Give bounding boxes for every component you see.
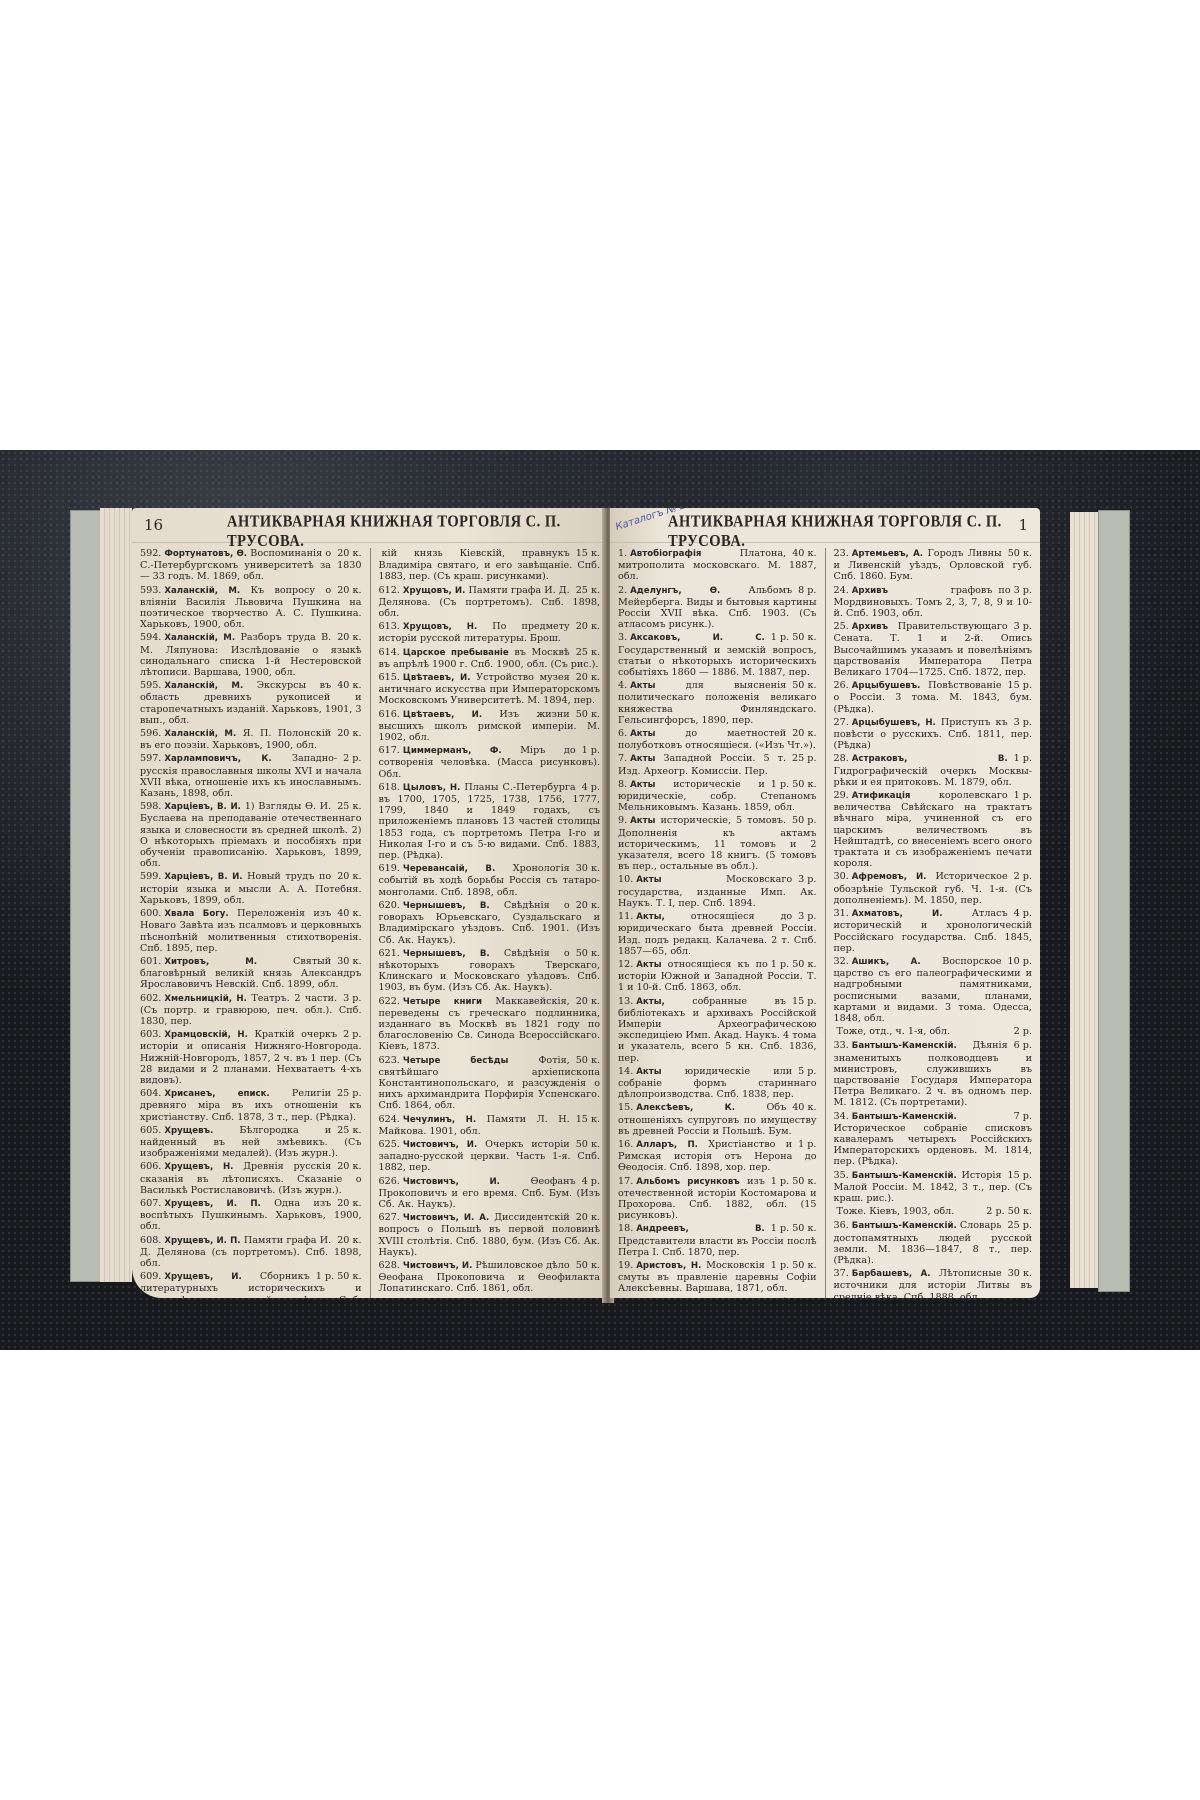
entry-author: Акты, bbox=[636, 912, 665, 922]
catalog-entry: 20 к.593.Халанскій, М. Къ вопросу о влія… bbox=[140, 585, 362, 631]
catalog-entry: 1 р.29.Атификація королевскаго величеств… bbox=[834, 790, 1033, 869]
entry-price: 3 р. bbox=[1014, 621, 1032, 632]
entry-price: 50 к. bbox=[576, 709, 600, 720]
catalog-entry: 1 р. 50 к.8.Акты историческіе и юридичес… bbox=[618, 779, 817, 814]
entry-number: 34. bbox=[834, 1111, 849, 1122]
entry-author: Барбашевъ, А. bbox=[852, 1269, 931, 1279]
entry-price: 2 р. bbox=[1014, 871, 1032, 882]
entry-number: 11. bbox=[618, 911, 633, 922]
entry-number: 618. bbox=[379, 782, 400, 793]
entry-text: кій князь Кіевскій, правнукъ Владиміра с… bbox=[379, 548, 601, 582]
entry-author: Хвала Богу. bbox=[164, 909, 228, 919]
entry-number: 617. bbox=[379, 745, 400, 756]
entry-price: 5 р. bbox=[798, 1066, 816, 1077]
entry-price: 50 к. bbox=[576, 1055, 600, 1066]
entry-number: 628. bbox=[379, 1260, 400, 1271]
entry-price: 20 к. bbox=[337, 1161, 361, 1172]
entry-author: Архивъ bbox=[852, 622, 888, 632]
entry-author: Чечулинъ, Н. bbox=[403, 1115, 476, 1125]
entry-number: 30. bbox=[834, 871, 849, 882]
entry-price: 1 р. 50 к. bbox=[771, 779, 817, 790]
entry-price: 20 к. bbox=[337, 1235, 361, 1246]
entry-author: Чистовичъ, И. bbox=[403, 1261, 472, 1271]
catalog-entry: 8 р.2.Аделунгъ, Ѳ. Альбомъ Мейерберга. В… bbox=[618, 585, 817, 631]
entry-price: 8 р. bbox=[798, 585, 816, 596]
entry-price: 2 р. bbox=[1014, 1026, 1032, 1037]
entry-author: Акты bbox=[630, 754, 655, 764]
entry-price: 20 к. bbox=[576, 900, 600, 911]
right-page-columns: 40 к.1.Автобіографія Платона, митрополит… bbox=[610, 548, 1040, 1298]
entry-author: Хрущевъ, И. П. bbox=[164, 1236, 240, 1246]
entry-price: 30 к. bbox=[337, 956, 361, 967]
catalog-entry: 3 р.27.Арцыбушевъ, Н. Приступъ къ повѣст… bbox=[834, 717, 1033, 752]
entry-author: Чернышевъ, В. bbox=[403, 949, 490, 959]
entry-price: 25 к. bbox=[337, 801, 361, 812]
entry-price: 1 р. 50 к. bbox=[771, 1223, 817, 1234]
entry-price: 15 р. bbox=[1008, 680, 1032, 691]
entry-number: 615. bbox=[379, 672, 400, 683]
entry-author: Хрущевъ, И. П. bbox=[164, 1199, 260, 1209]
entry-price: 1 р. bbox=[1014, 753, 1032, 764]
entry-author: Бантышъ-Каменскій. bbox=[852, 1221, 957, 1231]
entry-price: 20 к. bbox=[337, 548, 361, 559]
entry-price: 4 р. bbox=[582, 1176, 600, 1187]
catalog-entry: 20 к.608.Хрущевъ, И. П. Памяти графа И. … bbox=[140, 1235, 362, 1270]
page-number: 16 bbox=[144, 516, 163, 534]
entry-number: 596. bbox=[140, 728, 161, 739]
entry-number: 14. bbox=[618, 1066, 633, 1077]
entry-price: 20 к. bbox=[576, 996, 600, 1007]
entry-price: 3 р. bbox=[1014, 717, 1032, 728]
entry-number: 604. bbox=[140, 1088, 161, 1099]
entry-author: Харціевъ, В. И. bbox=[164, 802, 241, 812]
entry-number: 623. bbox=[379, 1055, 400, 1066]
entry-author: Бантышъ-Каменскій. bbox=[852, 1171, 957, 1181]
catalog-entry: 30 к.37.Барбашевъ, А. Лѣтописные источни… bbox=[834, 1268, 1033, 1298]
column: 40 к.1.Автобіографія Платона, митрополит… bbox=[610, 548, 825, 1298]
entry-number: 599. bbox=[140, 871, 161, 882]
catalog-entry: 1 р. 50 к.609.Хрущевъ, И. Сборникъ литер… bbox=[140, 1271, 362, 1298]
catalog-entry: 5 р.14.Акты юридическіе или собраніе фор… bbox=[618, 1066, 817, 1101]
entry-author: Акты bbox=[630, 729, 655, 739]
entry-author: Артемьевъ, А. bbox=[852, 549, 923, 559]
catalog-entry: 20 к.594.Халанскій, М. Разборъ труда В. … bbox=[140, 632, 362, 678]
catalog-entry: 1 р.16.Алларъ, П. Христіанство и Римская… bbox=[618, 1139, 817, 1174]
entry-author: Алексѣевъ, К. bbox=[636, 1103, 735, 1113]
entry-author: Бантышъ-Каменскій. bbox=[852, 1112, 957, 1122]
catalog-entry: 50 к.616.Цвѣтаевъ, И. Изъ жизни высшихъ … bbox=[379, 709, 601, 744]
entry-price: 20 к. bbox=[337, 632, 361, 643]
catalog-entry: 4 р.31.Ахматовъ, И. Атласъ историческій … bbox=[834, 908, 1033, 954]
entry-author: Акты bbox=[636, 875, 661, 885]
entry-author: Фортунатовъ, Ѳ. bbox=[164, 549, 247, 559]
entry-number: 619. bbox=[379, 863, 400, 874]
catalog-entry: 4 р.618.Цыловъ, Н. Планы С.-Петербурга в… bbox=[379, 782, 601, 861]
entry-author: Алларъ, П. bbox=[636, 1140, 698, 1150]
entry-price: 1 р. 50 к. bbox=[771, 1260, 817, 1271]
catalog-entry: 1 р.28.Астраковъ, В. Гидрографическій оч… bbox=[834, 753, 1033, 788]
entry-number: 4. bbox=[618, 680, 627, 691]
entry-number: 624. bbox=[379, 1114, 400, 1125]
entry-price: 40 к. bbox=[337, 908, 361, 919]
entry-price: 20 к. bbox=[337, 871, 361, 882]
entry-number: 614. bbox=[379, 647, 400, 658]
entry-price: 10 р. bbox=[1008, 956, 1032, 967]
entry-number: 592. bbox=[140, 548, 161, 559]
entry-text: Гидрографическій очеркъ Москвы-рѣки и ея… bbox=[834, 766, 1033, 788]
entry-number: 606. bbox=[140, 1161, 161, 1172]
entry-number: 13. bbox=[618, 996, 633, 1007]
catalog-entry: 50 к.621.Чернышевъ, В. Свѣдѣнія о нѣкото… bbox=[379, 948, 601, 994]
entry-author: Хрущевъ, И. bbox=[164, 1272, 241, 1282]
entry-price: 20 к. bbox=[337, 728, 361, 739]
left-page-header: 16 АНТИКВАРНАЯ КНИЖНАЯ ТОРГОВЛЯ С. П. ТР… bbox=[132, 508, 608, 543]
entry-author: Харламповичъ, К. bbox=[164, 754, 271, 764]
catalog-entry: 7 р.34.Бантышъ-Каменскій. Историческое с… bbox=[834, 1111, 1033, 1168]
entry-author: Андреевъ, В. bbox=[636, 1224, 765, 1234]
catalog-entry: 20 к.599.Харціевъ, В. И. Новый трудъ по … bbox=[140, 871, 362, 906]
entry-number: 31. bbox=[834, 908, 849, 919]
entry-text: Историческое собраніе списковъ кавалерам… bbox=[834, 1123, 1033, 1168]
entry-price: 2 р. bbox=[343, 753, 361, 764]
entry-number: 26. bbox=[834, 680, 849, 691]
entry-price: 3 р. bbox=[798, 874, 816, 885]
catalog-entry: 4 р.626.Чистовичъ, И. Ѳеофанъ Прокопович… bbox=[379, 1176, 601, 1211]
entry-author: Чистовичъ, И. bbox=[403, 1140, 477, 1150]
entry-author: Ахматовъ, И. bbox=[852, 909, 943, 919]
entry-author: Аксаковъ, И. С. bbox=[630, 633, 765, 643]
entry-price: 50 к. bbox=[576, 1139, 600, 1150]
entry-price: 20 к. bbox=[576, 672, 600, 683]
entry-author: Хрисанеъ, еписк. bbox=[164, 1089, 269, 1099]
entry-price: 2 р. 50 к. bbox=[986, 1206, 1032, 1217]
entry-number: 625. bbox=[379, 1139, 400, 1150]
page-edges-left bbox=[100, 508, 132, 1282]
entry-text: Планы С.-Петербурга въ 1700, 1705, 1725,… bbox=[379, 782, 601, 861]
right-page: Каталогъ № 29 АНТИКВАРНАЯ КНИЖНАЯ ТОРГОВ… bbox=[610, 508, 1040, 1298]
entry-price: 1 р. bbox=[582, 745, 600, 756]
entry-price: 4 р. bbox=[1014, 908, 1032, 919]
left-page-columns: 20 к.592.Фортунатовъ, Ѳ. Воспоминанія о … bbox=[132, 548, 608, 1298]
entry-text: Представители власти въ Россіи послѣ Пет… bbox=[618, 1236, 817, 1258]
entry-price: 7 р. bbox=[1014, 1111, 1032, 1122]
entry-author: Цвѣтаевъ, И. bbox=[403, 673, 471, 683]
entry-price: 1 р. 50 к. bbox=[771, 632, 817, 643]
entry-price: 40 к. bbox=[576, 1297, 600, 1298]
entry-author: Ашикъ, А. bbox=[852, 957, 921, 967]
entry-number: 609. bbox=[140, 1271, 161, 1282]
catalog-entry: 25 р.604.Хрисанеъ, еписк. Религіи древня… bbox=[140, 1088, 362, 1123]
catalog-entry: 25 р.7.Акты Западной Россіи. 5 т. Изд. А… bbox=[618, 753, 817, 776]
column: 20 к.592.Фортунатовъ, Ѳ. Воспоминанія о … bbox=[132, 548, 370, 1298]
catalog-entry: 50 к.23.Артемьевъ, А. Городъ Ливны и Лив… bbox=[834, 548, 1033, 583]
entry-author: Акты bbox=[630, 681, 655, 691]
entry-author: Афремовъ, И. bbox=[852, 872, 927, 882]
catalog-entry: 1 р.617.Циммерманъ, Ф. Міръ до сотворені… bbox=[379, 745, 601, 780]
catalog-entry: 25 к.598.Харціевъ, В. И. 1) Взгляды Ѳ. И… bbox=[140, 801, 362, 869]
catalog-entry: 2 р. Тоже, отд., ч. 1-я, обл. bbox=[834, 1026, 1033, 1038]
entry-author: Халанскій, М. bbox=[164, 633, 235, 643]
catalog-entry: 20 к.627.Чистовичъ, И. А. Диссидентскій … bbox=[379, 1212, 601, 1258]
entry-author: Акты bbox=[636, 960, 661, 970]
catalog-entry: по 1 р. 50 к.12.Акты относящіеся къ исто… bbox=[618, 959, 817, 994]
entry-number: 601. bbox=[140, 956, 161, 967]
entry-price: 50 к. bbox=[792, 680, 816, 691]
entry-price: 1 р. bbox=[798, 1139, 816, 1150]
entry-author: Хмельницкій, Н. bbox=[164, 994, 247, 1004]
entry-author: Архивъ bbox=[852, 586, 888, 596]
column: 50 к.23.Артемьевъ, А. Городъ Ливны и Лив… bbox=[825, 548, 1041, 1298]
entry-number: 33. bbox=[834, 1040, 849, 1051]
entry-price: 25 р. bbox=[337, 1088, 361, 1099]
entry-price: 25 к. bbox=[576, 647, 600, 658]
catalog-entry: 50 к.625.Чистовичъ, И. Очеркъ исторіи за… bbox=[379, 1139, 601, 1174]
entry-author: Черевансаій, В. bbox=[403, 864, 495, 874]
entry-price: 20 к. bbox=[337, 585, 361, 596]
entry-author: Хрущовъ, И. bbox=[403, 586, 466, 596]
entry-price: 50 р. bbox=[792, 815, 816, 826]
entry-author: Акты bbox=[636, 1067, 661, 1077]
entry-author: Астраковъ, В. bbox=[852, 754, 1008, 764]
entry-price: 15 р. bbox=[792, 996, 816, 1007]
entry-price: 50 к. bbox=[1008, 548, 1032, 559]
entry-author: Акты, bbox=[636, 997, 665, 1007]
catalog-entry: 15 к. кій князь Кіевскій, правнукъ Влади… bbox=[379, 548, 601, 583]
entry-author: Хрущевъ, Н. bbox=[164, 1162, 233, 1172]
catalog-entry: 15 к.624.Чечулинъ, Н. Памяти Л. Н. Майко… bbox=[379, 1114, 601, 1137]
catalog-entry: 2 р.30.Афремовъ, И. Историческое обозрѣн… bbox=[834, 871, 1033, 906]
entry-number: 620. bbox=[379, 900, 400, 911]
entry-number: 12. bbox=[618, 959, 633, 970]
catalog-entry: 15 р.13.Акты, собранные въ библіотекахъ … bbox=[618, 996, 817, 1064]
entry-number: 603. bbox=[140, 1029, 161, 1040]
entry-number: 621. bbox=[379, 948, 400, 959]
page-edges-right bbox=[1070, 512, 1100, 1288]
entry-number: 6. bbox=[618, 728, 627, 739]
entry-number: 20. bbox=[618, 1297, 633, 1298]
entry-price: 50 к. bbox=[576, 948, 600, 959]
catalog-entry: по 3 р.24.Архивъ графовъ Мордвиновыхъ. Т… bbox=[834, 585, 1033, 620]
catalog-entry: 30 к.619.Черевансаій, В. Хронологія собы… bbox=[379, 863, 601, 898]
catalog-entry: 40 к.600.Хвала Богу. Переложенія изъ Нов… bbox=[140, 908, 362, 954]
catalog-entry: 1 р. 50 к.18.Андреевъ, В. Представители … bbox=[618, 1223, 817, 1258]
entry-text: королевскаго величества Свѣйскаго на тра… bbox=[834, 790, 1033, 869]
catalog-entry: 20 к.613.Хрущовъ, Н. По предмету исторіи… bbox=[379, 621, 601, 644]
entry-price: 50 к. bbox=[576, 1260, 600, 1271]
entry-number: 1. bbox=[618, 548, 627, 559]
entry-number: 607. bbox=[140, 1198, 161, 1209]
entry-author: Автобіографія bbox=[630, 549, 701, 559]
entry-number: 3. bbox=[618, 632, 627, 643]
catalog-entry: 50 к.628.Чистовичъ, И. Рѣшиловское дѣло … bbox=[379, 1260, 601, 1295]
entry-price: 4 р. bbox=[582, 782, 600, 793]
entry-price: 1 р. 50 к. bbox=[771, 1176, 817, 1187]
catalog-entry: 15 р.35.Бантышъ-Каменскій. Исторія Малой… bbox=[834, 1170, 1033, 1205]
entry-author: Чистовичъ, И. bbox=[403, 1177, 500, 1187]
entry-author: Альбомъ рисунковъ bbox=[636, 1177, 739, 1187]
entry-author: Арцыбушевъ, Н. bbox=[852, 718, 936, 728]
entry-number: 10. bbox=[618, 874, 633, 885]
entry-author: Четыре бесѣды bbox=[403, 1056, 509, 1066]
entry-number: 605. bbox=[140, 1125, 161, 1136]
entry-price: 15 р. bbox=[1008, 1170, 1032, 1181]
entry-price: 25 к. bbox=[576, 585, 600, 596]
entry-number: 593. bbox=[140, 585, 161, 596]
entry-price: 30 к. bbox=[576, 863, 600, 874]
entry-author: Харціевъ, В. И. bbox=[164, 872, 242, 882]
entry-author: Бантышъ-Каменскій. bbox=[852, 1041, 957, 1051]
entry-author: Аристовъ, Н. bbox=[636, 1261, 701, 1271]
entry-author: Хрущевъ. bbox=[164, 1126, 213, 1136]
entry-number: 629. bbox=[379, 1297, 400, 1298]
entry-number: 29. bbox=[834, 790, 849, 801]
entry-number: 36. bbox=[834, 1220, 849, 1231]
entry-price: 2 р. bbox=[343, 1029, 361, 1040]
entry-number: 28. bbox=[834, 753, 849, 764]
entry-number: 25. bbox=[834, 621, 849, 632]
entry-number: 8. bbox=[618, 779, 627, 790]
catalog-entry: 3 р.11.Акты, относящіеся до юридическаго… bbox=[618, 911, 817, 957]
catalog-entry: 2 р.597.Харламповичъ, К. Западно-русскія… bbox=[140, 753, 362, 799]
entry-author: Хрущовъ, Н. bbox=[403, 622, 477, 632]
entry-price: 20 к. bbox=[576, 621, 600, 632]
entry-number: 602. bbox=[140, 993, 161, 1004]
entry-number: 595. bbox=[140, 680, 161, 691]
entry-price: 40 к. bbox=[337, 680, 361, 691]
catalog-entry: 40 к.15.Алексѣевъ, К. Объ отношеніяхъ су… bbox=[618, 1102, 817, 1137]
entry-author: Аделунгъ, Ѳ. bbox=[630, 586, 720, 596]
entry-number: 598. bbox=[140, 801, 161, 812]
entry-number: 613. bbox=[379, 621, 400, 632]
entry-author: Циммерманъ, Ф. bbox=[403, 746, 502, 756]
entry-author: Четыре книги bbox=[403, 997, 482, 1007]
catalog-entry: 20 к.592.Фортунатовъ, Ѳ. Воспоминанія о … bbox=[140, 548, 362, 583]
entry-price: по 1 р. 50 к. bbox=[756, 959, 817, 970]
entry-number: 24. bbox=[834, 585, 849, 596]
catalog-entry: 2 р. 50 к. Тоже. Кіевъ, 1903, обл. bbox=[834, 1206, 1033, 1218]
catalog-entry: 40 к.629.Чистовичъ, И. Новые матеріалы д… bbox=[379, 1297, 601, 1298]
catalog-entry: 3 р.10.Акты Московскаго государства, изд… bbox=[618, 874, 817, 909]
catalog-entry: 20 к.607.Хрущевъ, И. П. Одна изъ воспѣты… bbox=[140, 1198, 362, 1233]
entry-author: Царское пребываніе bbox=[403, 648, 509, 658]
catalog-entry: 15 р.26.Арцыбушевъ. Повѣствованіе о Росс… bbox=[834, 680, 1033, 715]
catalog-entry: 20 к.6.Акты до маетностей полуботковъ от… bbox=[618, 728, 817, 751]
entry-price: 25 р. bbox=[1008, 1220, 1032, 1231]
entry-number: 9. bbox=[618, 815, 627, 826]
catalog-entry: 2 р.603.Храмцовскій, Н. Краткій очеркъ и… bbox=[140, 1029, 362, 1086]
entry-number: 626. bbox=[379, 1176, 400, 1187]
entry-number: 594. bbox=[140, 632, 161, 643]
catalog-entry: 3 р.602.Хмельницкій, Н. Театръ. 2 части.… bbox=[140, 993, 362, 1028]
entry-author: Храмцовскій, Н. bbox=[164, 1030, 247, 1040]
entry-price: по 3 р. bbox=[998, 585, 1032, 596]
entry-number: 627. bbox=[379, 1212, 400, 1223]
entry-number: 616. bbox=[379, 709, 400, 720]
catalog-entry: 1 р. 50 к.19.Аристовъ, Н. Московскія сму… bbox=[618, 1260, 817, 1295]
entry-number: 27. bbox=[834, 717, 849, 728]
catalog-entry: 20 к.622.Четыре книги Маккавейскія, пере… bbox=[379, 996, 601, 1053]
entry-price: 40 к. bbox=[792, 548, 816, 559]
entry-number: 37. bbox=[834, 1268, 849, 1279]
entry-price: 3 р. bbox=[798, 911, 816, 922]
catalog-entry: 25 к.605.Хрущевъ. Бѣлгородка и найденный… bbox=[140, 1125, 362, 1160]
entry-number: 622. bbox=[379, 996, 400, 1007]
entry-price: 6 р. bbox=[1014, 1040, 1032, 1051]
entry-price: 3 р. bbox=[343, 993, 361, 1004]
column: 15 к. кій князь Кіевскій, правнукъ Влади… bbox=[370, 548, 609, 1298]
catalog-entry: 6 р.33.Бантышъ-Каменскій. Дѣянія знамени… bbox=[834, 1040, 1033, 1108]
catalog-entry: 25 к.612.Хрущовъ, И. Памяти графа И. Д. … bbox=[379, 585, 601, 620]
entry-number: 608. bbox=[140, 1235, 161, 1246]
running-head: АНТИКВАРНАЯ КНИЖНАЯ ТОРГОВЛЯ С. П. ТРУСО… bbox=[227, 512, 608, 551]
book-cover-left bbox=[70, 510, 102, 1282]
entry-number: 23. bbox=[834, 548, 849, 559]
catalog-entry: 20 к.606.Хрущевъ, Н. Древнія русскія ска… bbox=[140, 1161, 362, 1196]
catalog-entry: 20 к.615.Цвѣтаевъ, И. Устройство музея а… bbox=[379, 672, 601, 707]
entry-number: 35. bbox=[834, 1170, 849, 1181]
entry-price: 20 к. bbox=[576, 1212, 600, 1223]
catalog-entry: 40 к.595.Халанскій, М. Экскурсы въ облас… bbox=[140, 680, 362, 726]
entry-number: 32. bbox=[834, 956, 849, 967]
entry-number: 597. bbox=[140, 753, 161, 764]
entry-author: Хитровъ, М. bbox=[164, 957, 257, 967]
entry-author: Атификація bbox=[852, 791, 911, 801]
entry-text: Тоже. Кіевъ, 1903, обл. bbox=[837, 1206, 955, 1217]
catalog-entry: 20 к.596.Халанскій, М. Я. П. Полонскій в… bbox=[140, 728, 362, 751]
entry-number: 2. bbox=[618, 585, 627, 596]
running-head: АНТИКВАРНАЯ КНИЖНАЯ ТОРГОВЛЯ С. П. ТРУСО… bbox=[668, 512, 1040, 551]
catalog-entry: 1 р. 50 к.3.Аксаковъ, И. С. Государствен… bbox=[618, 632, 817, 678]
entry-author: Чистовичъ, И. А. bbox=[403, 1213, 489, 1223]
entry-author: Халанскій, М. bbox=[164, 586, 240, 596]
right-page-header: Каталогъ № 29 АНТИКВАРНАЯ КНИЖНАЯ ТОРГОВ… bbox=[610, 508, 1040, 543]
entry-price: 15 к. bbox=[576, 548, 600, 559]
entry-number: 612. bbox=[379, 585, 400, 596]
entry-author: Акты bbox=[630, 816, 655, 826]
entry-price: 1 р. 50 к. bbox=[316, 1271, 362, 1282]
entry-number: 600. bbox=[140, 908, 161, 919]
entry-price: 1 р. bbox=[1014, 790, 1032, 801]
entry-author: Акты bbox=[630, 780, 655, 790]
entry-author: Арцыбушевъ. bbox=[852, 681, 921, 691]
catalog-entry: 1 р. 50 к.17.Альбомъ рисунковъ изъ отече… bbox=[618, 1176, 817, 1222]
entry-number: 16. bbox=[618, 1139, 633, 1150]
catalog-entry: 50 к.4.Акты для выясненія политическаго … bbox=[618, 680, 817, 726]
catalog-entry: 10 р.32.Ашикъ, А. Воспорское царство съ … bbox=[834, 956, 1033, 1024]
entry-price: 30 к. bbox=[1008, 1268, 1032, 1279]
entry-author: Халанскій, М. bbox=[164, 681, 243, 691]
entry-price: 15 к. bbox=[576, 1114, 600, 1125]
entry-text: Государственный и земскій вопросъ, стать… bbox=[618, 645, 817, 678]
catalog-entry: 1 р.20.Аристовъ, Н. Объ историческомъ зн… bbox=[618, 1297, 817, 1298]
catalog-entry: 25 к.614.Царское пребываніе въ Москвѣ въ… bbox=[379, 647, 601, 670]
catalog-entry: 40 к.1.Автобіографія Платона, митрополит… bbox=[618, 548, 817, 583]
left-page: 16 АНТИКВАРНАЯ КНИЖНАЯ ТОРГОВЛЯ С. П. ТР… bbox=[132, 508, 608, 1298]
photo-background: 16 АНТИКВАРНАЯ КНИЖНАЯ ТОРГОВЛЯ С. П. ТР… bbox=[0, 450, 1200, 1350]
entry-text: Тоже, отд., ч. 1-я, обл. bbox=[837, 1026, 951, 1037]
entry-author: Цвѣтаевъ, И. bbox=[403, 710, 482, 720]
entry-price: 25 к. bbox=[337, 1125, 361, 1136]
catalog-entry: 50 к.623.Четыре бесѣды Фотія, святѣйшаго… bbox=[379, 1055, 601, 1112]
entry-author: Цыловъ, Н. bbox=[403, 783, 460, 793]
catalog-entry: 50 р.9.Акты историческіе, 5 томовъ. Допо… bbox=[618, 815, 817, 872]
entry-price: 20 к. bbox=[792, 728, 816, 739]
catalog-entry: 20 к.620.Чернышевъ, В. Свѣдѣнія о говора… bbox=[379, 900, 601, 946]
entry-price: 1 р. bbox=[798, 1297, 816, 1298]
open-book: 16 АНТИКВАРНАЯ КНИЖНАЯ ТОРГОВЛЯ С. П. ТР… bbox=[70, 490, 1130, 1310]
entry-number: 18. bbox=[618, 1223, 633, 1234]
entry-author: Чернышевъ, В. bbox=[403, 901, 490, 911]
